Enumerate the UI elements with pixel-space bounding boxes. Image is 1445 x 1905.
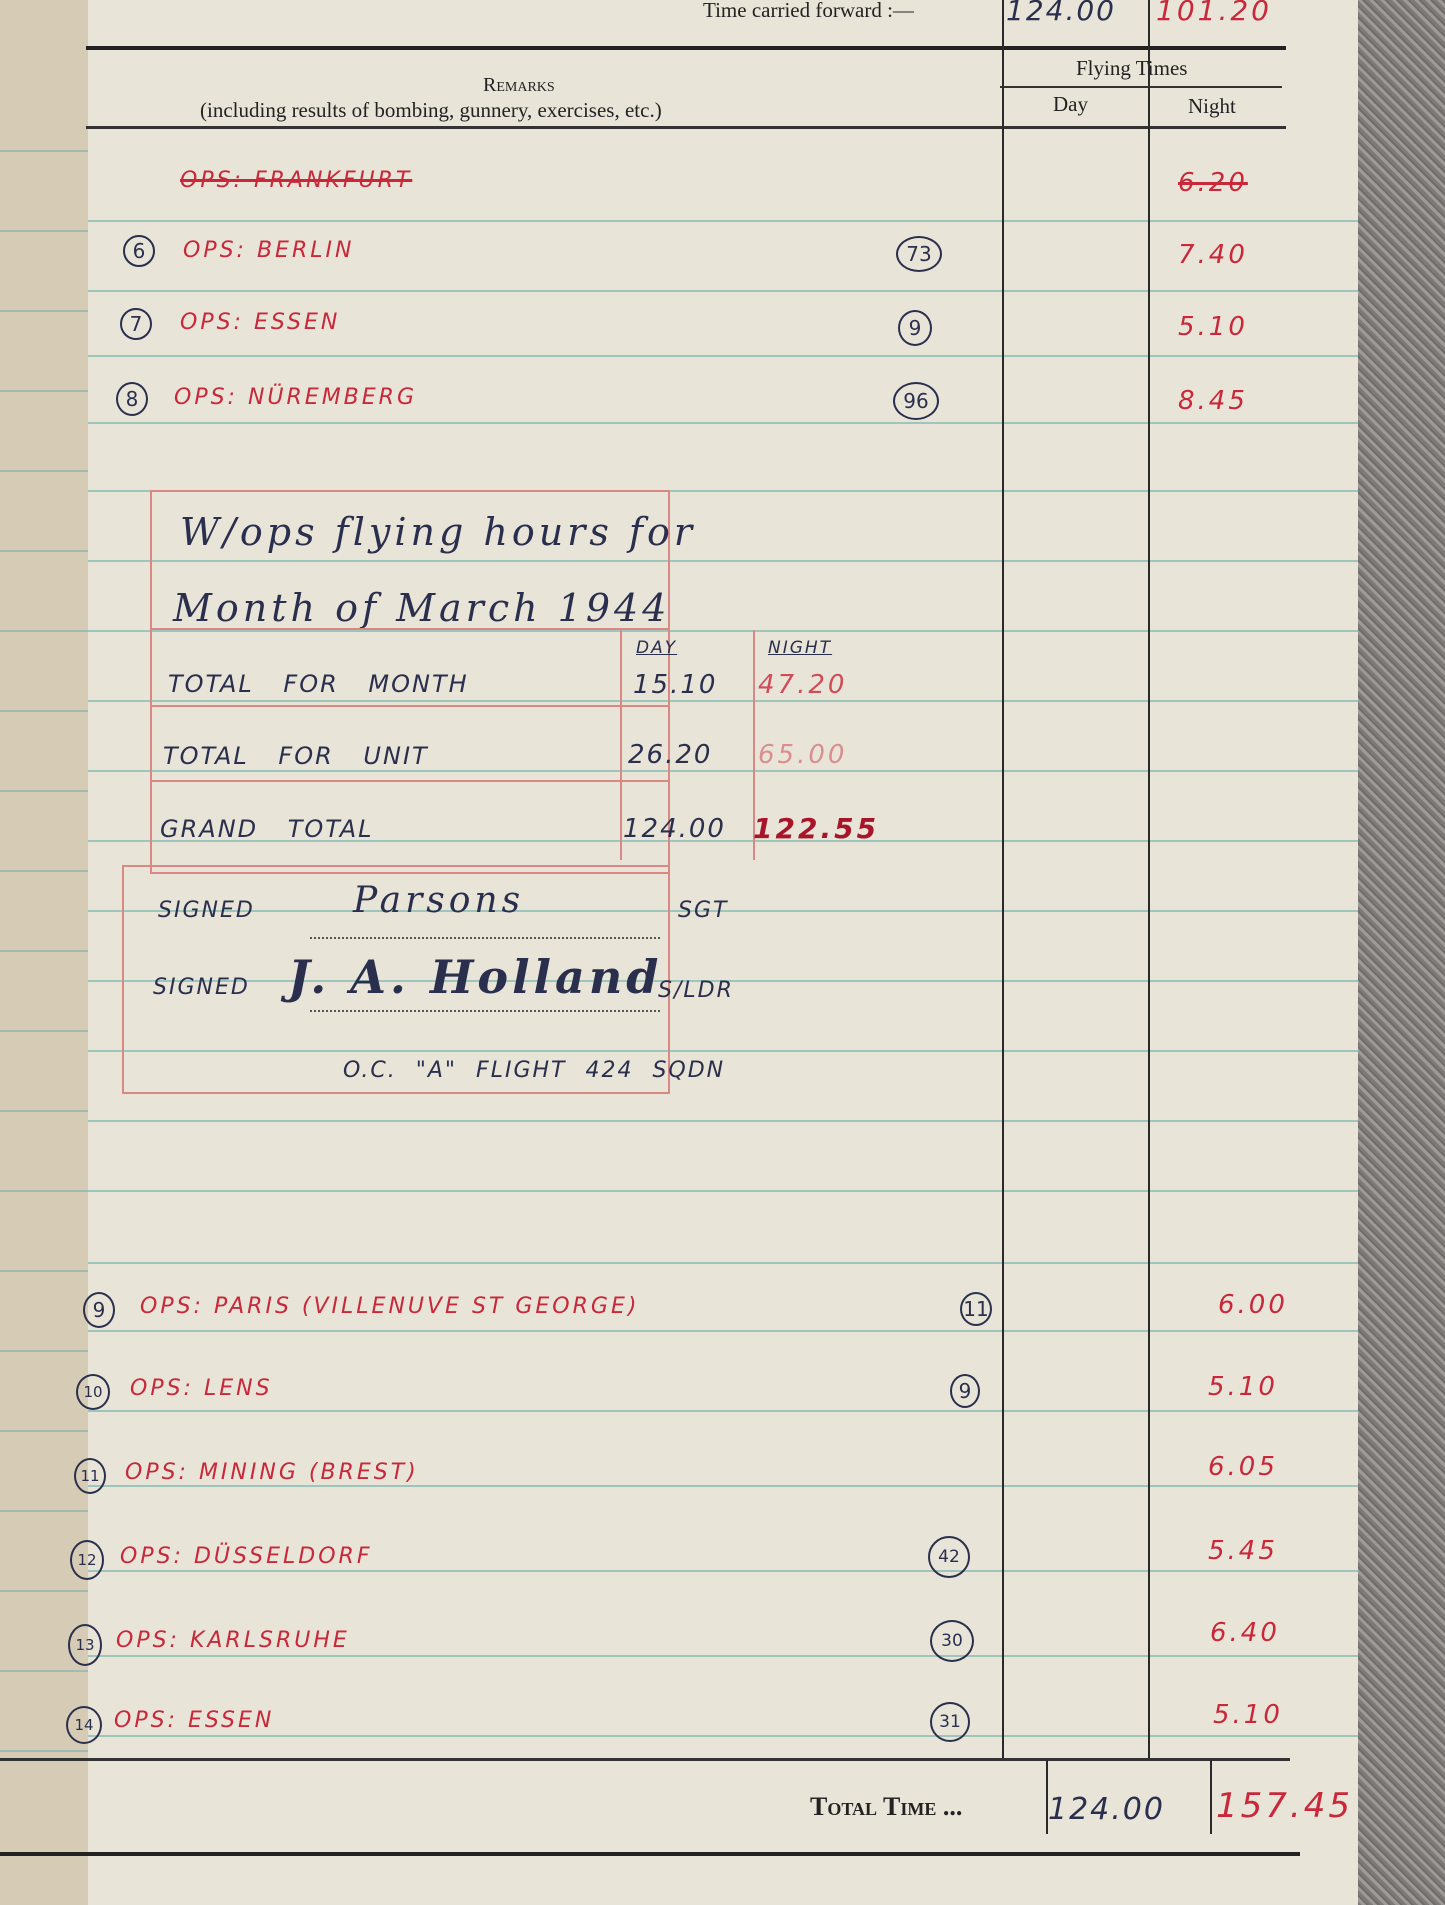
- entry-mining-text: OPS: MINING (BREST): [125, 1460, 419, 1485]
- entry-number-circle: 10: [76, 1374, 110, 1410]
- summary-row-night: 65.00: [758, 740, 847, 770]
- day-column-header: Day: [1053, 92, 1088, 117]
- total-time-night: 157.45: [1216, 1786, 1353, 1826]
- entry-essen-2-night: 5.10: [1213, 1700, 1283, 1730]
- summary-row-night: 47.20: [758, 670, 847, 700]
- entry-karlsruhe-night: 6.40: [1210, 1618, 1280, 1648]
- entry-lens-night: 5.10: [1208, 1372, 1278, 1402]
- carried-forward-label: Time carried forward :—: [703, 0, 914, 23]
- entry-frankfurt-text: OPS: FRANKFURT: [180, 168, 412, 193]
- entry-lens-text: OPS: LENS: [130, 1376, 273, 1401]
- summary-night-header: NIGHT: [768, 638, 832, 658]
- entry-number-circle: 6: [123, 235, 155, 267]
- ref-number-circle: 30: [930, 1620, 974, 1662]
- signed-label-1: SIGNED: [158, 898, 255, 923]
- summary-row-day: 15.10: [633, 670, 717, 700]
- summary-row-label: TOTAL FOR UNIT: [163, 742, 429, 770]
- entry-number-circle: 9: [83, 1292, 115, 1328]
- ref-number-circle: 9: [898, 310, 932, 346]
- entry-karlsruhe-text: OPS: KARLSRUHE: [116, 1628, 350, 1653]
- summary-row-day: 124.00: [623, 814, 726, 844]
- remarks-title: Remarks: [483, 74, 555, 97]
- summary-row-label: TOTAL FOR MONTH: [168, 670, 469, 698]
- summary-row-day: 26.20: [628, 740, 712, 770]
- entry-number-circle: 13: [68, 1624, 102, 1666]
- carried-forward-night: 101.20: [1156, 0, 1272, 27]
- entry-berlin-night: 7.40: [1178, 240, 1248, 270]
- signature-parsons: Parsons: [353, 880, 524, 921]
- entry-essen-night: 5.10: [1178, 312, 1248, 342]
- entry-mining-night: 6.05: [1208, 1452, 1278, 1482]
- entry-number-circle: 12: [70, 1540, 104, 1580]
- summary-title-line2: Month of March 1944: [173, 586, 670, 630]
- ref-number-circle: 31: [930, 1702, 970, 1742]
- signature-holland: J. A. Holland: [288, 950, 662, 1004]
- entry-paris-night: 6.00: [1218, 1290, 1288, 1320]
- ref-number-circle: 9: [950, 1374, 980, 1408]
- total-time-day: 124.00: [1048, 1792, 1165, 1827]
- ref-number-circle: 42: [928, 1536, 970, 1578]
- signed-label-2: SIGNED: [153, 975, 250, 1000]
- summary-row-label: GRAND TOTAL: [160, 815, 374, 843]
- remarks-subtitle: (including results of bombing, gunnery, …: [200, 98, 662, 123]
- entry-paris-text: OPS: PARIS (VILLENUVE ST GEORGE): [140, 1294, 639, 1319]
- summary-row-night: 122.55: [753, 812, 879, 845]
- entry-frankfurt-night: 6.20: [1178, 168, 1248, 198]
- entry-dusseldorf-text: OPS: DÜSSELDORF: [120, 1544, 373, 1569]
- ref-number-circle: 11: [960, 1292, 992, 1326]
- entry-number-circle: 7: [120, 308, 152, 340]
- total-time-label: Total Time ...: [810, 1792, 962, 1822]
- night-column-header: Night: [1188, 94, 1236, 119]
- flying-times-label: Flying Times: [1076, 56, 1187, 81]
- logbook-page: Time carried forward :— 124.00 101.20 Re…: [88, 0, 1358, 1905]
- signed-rank-2: S/LDR: [658, 978, 734, 1003]
- ref-number-circle: 96: [893, 382, 939, 420]
- ref-number-circle: 73: [896, 236, 942, 272]
- entry-essen-2-text: OPS: ESSEN: [114, 1708, 274, 1733]
- signed-rank-1: SGT: [678, 898, 728, 923]
- entry-berlin-text: OPS: BERLIN: [183, 238, 354, 263]
- summary-day-header: DAY: [636, 638, 677, 658]
- entry-number-circle: 8: [116, 382, 148, 416]
- facing-page-edge: [0, 0, 92, 1905]
- unit-designation: O.C. "A" FLIGHT 424 SQDN: [343, 1058, 725, 1083]
- entry-number-circle: 14: [66, 1706, 102, 1744]
- entry-nuremberg-text: OPS: NÜREMBERG: [174, 385, 417, 410]
- carried-forward-day: 124.00: [1006, 0, 1116, 27]
- entry-nuremberg-night: 8.45: [1178, 386, 1248, 416]
- entry-number-circle: 11: [74, 1458, 106, 1494]
- entry-essen-text: OPS: ESSEN: [180, 310, 340, 335]
- summary-title-line1: W/ops flying hours for: [180, 510, 696, 554]
- entry-dusseldorf-night: 5.45: [1208, 1536, 1278, 1566]
